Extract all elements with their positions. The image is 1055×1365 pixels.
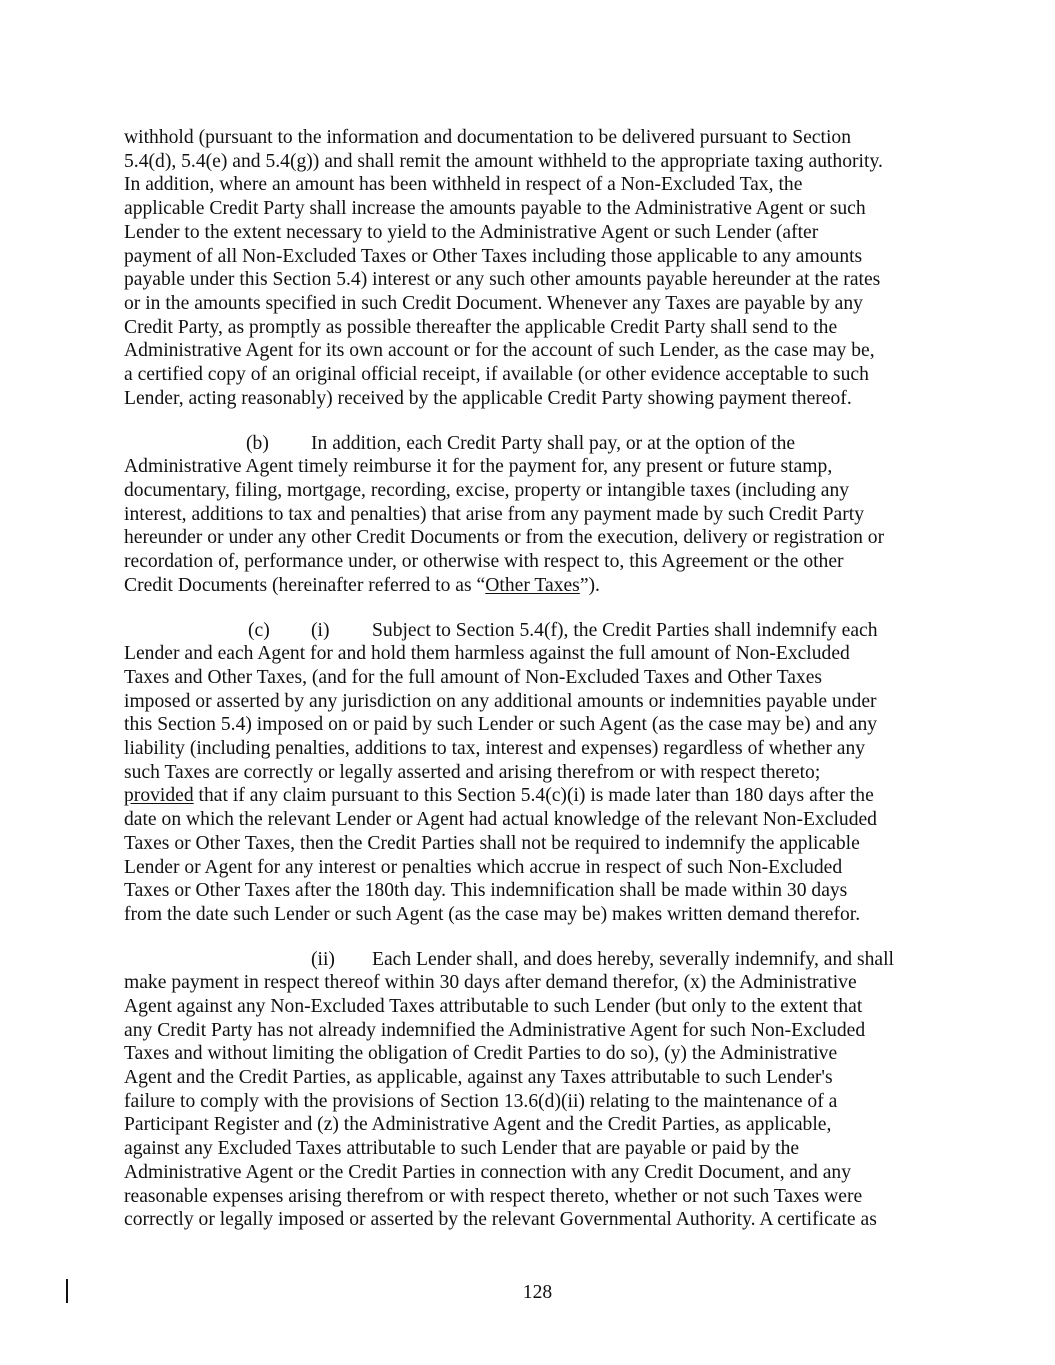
- text-line: from the date such Lender or such Agent …: [124, 903, 860, 927]
- text-line: imposed or asserted by any jurisdiction …: [124, 690, 877, 714]
- text-line: liability (including penalties, addition…: [124, 737, 865, 761]
- paragraph-label: (c): [248, 619, 270, 643]
- text-line: Lender to the extent necessary to yield …: [124, 221, 818, 245]
- text-line: hereunder or under any other Credit Docu…: [124, 526, 884, 550]
- text-line: Taxes or Other Taxes, then the Credit Pa…: [124, 832, 860, 856]
- text-fragment: ”).: [580, 575, 600, 596]
- text-line: a certified copy of an original official…: [124, 363, 869, 387]
- text-line: Agent against any Non-Excluded Taxes att…: [124, 995, 862, 1019]
- subparagraph-label: (ii): [311, 948, 335, 972]
- text-line: 5.4(d), 5.4(e) and 5.4(g)) and shall rem…: [124, 150, 883, 174]
- text-line: any Credit Party has not already indemni…: [124, 1019, 865, 1043]
- text-line: Lender and each Agent for and hold them …: [124, 642, 850, 666]
- defined-term: Other Taxes: [485, 575, 580, 596]
- text-line: Participant Register and (z) the Adminis…: [124, 1113, 831, 1137]
- text-line: Agent and the Credit Parties, as applica…: [124, 1066, 833, 1090]
- paragraph-label: (b): [246, 432, 269, 456]
- proviso-term: provided: [124, 785, 194, 806]
- subparagraph-label: (i): [311, 619, 330, 643]
- text-line: In addition, where an amount has been wi…: [124, 173, 802, 197]
- text-line: Administrative Agent or the Credit Parti…: [124, 1161, 851, 1185]
- text-line: reasonable expenses arising therefrom or…: [124, 1185, 862, 1209]
- text-fragment: Credit Documents (hereinafter referred t…: [124, 575, 485, 596]
- text-line: such Taxes are correctly or legally asse…: [124, 761, 820, 785]
- text-line: date on which the relevant Lender or Age…: [124, 808, 877, 832]
- text-line: Credit Documents (hereinafter referred t…: [124, 574, 600, 598]
- text-line: this Section 5.4) imposed on or paid by …: [124, 713, 877, 737]
- text-line: provided that if any claim pursuant to t…: [124, 784, 874, 808]
- text-fragment: that if any claim pursuant to this Secti…: [194, 785, 874, 806]
- text-line: Lender or Agent for any interest or pena…: [124, 856, 842, 880]
- text-line: against any Excluded Taxes attributable …: [124, 1137, 799, 1161]
- text-line: Taxes and without limiting the obligatio…: [124, 1042, 837, 1066]
- text-line: Administrative Agent timely reimburse it…: [124, 455, 832, 479]
- text-line: Taxes or Other Taxes after the 180th day…: [124, 879, 847, 903]
- text-line: Each Lender shall, and does hereby, seve…: [372, 948, 894, 972]
- text-line: Lender, acting reasonably) received by t…: [124, 387, 852, 411]
- text-line: correctly or legally imposed or asserted…: [124, 1208, 877, 1232]
- text-line: In addition, each Credit Party shall pay…: [311, 432, 795, 456]
- text-line: or in the amounts specified in such Cred…: [124, 292, 863, 316]
- text-line: applicable Credit Party shall increase t…: [124, 197, 866, 221]
- text-line: payable under this Section 5.4) interest…: [124, 268, 880, 292]
- text-line: withhold (pursuant to the information an…: [124, 126, 851, 150]
- text-line: Taxes and Other Taxes, (and for the full…: [124, 666, 822, 690]
- text-line: recordation of, performance under, or ot…: [124, 550, 844, 574]
- text-line: Credit Party, as promptly as possible th…: [124, 316, 837, 340]
- text-line: payment of all Non-Excluded Taxes or Oth…: [124, 245, 862, 269]
- text-line: Administrative Agent for its own account…: [124, 339, 875, 363]
- text-line: make payment in respect thereof within 3…: [124, 971, 857, 995]
- document-page: withhold (pursuant to the information an…: [0, 0, 1055, 1365]
- page-number: 128: [0, 1281, 1055, 1304]
- text-line: interest, additions to tax and penalties…: [124, 503, 864, 527]
- text-line: failure to comply with the provisions of…: [124, 1090, 837, 1114]
- text-line: Subject to Section 5.4(f), the Credit Pa…: [372, 619, 878, 643]
- text-line: documentary, filing, mortgage, recording…: [124, 479, 849, 503]
